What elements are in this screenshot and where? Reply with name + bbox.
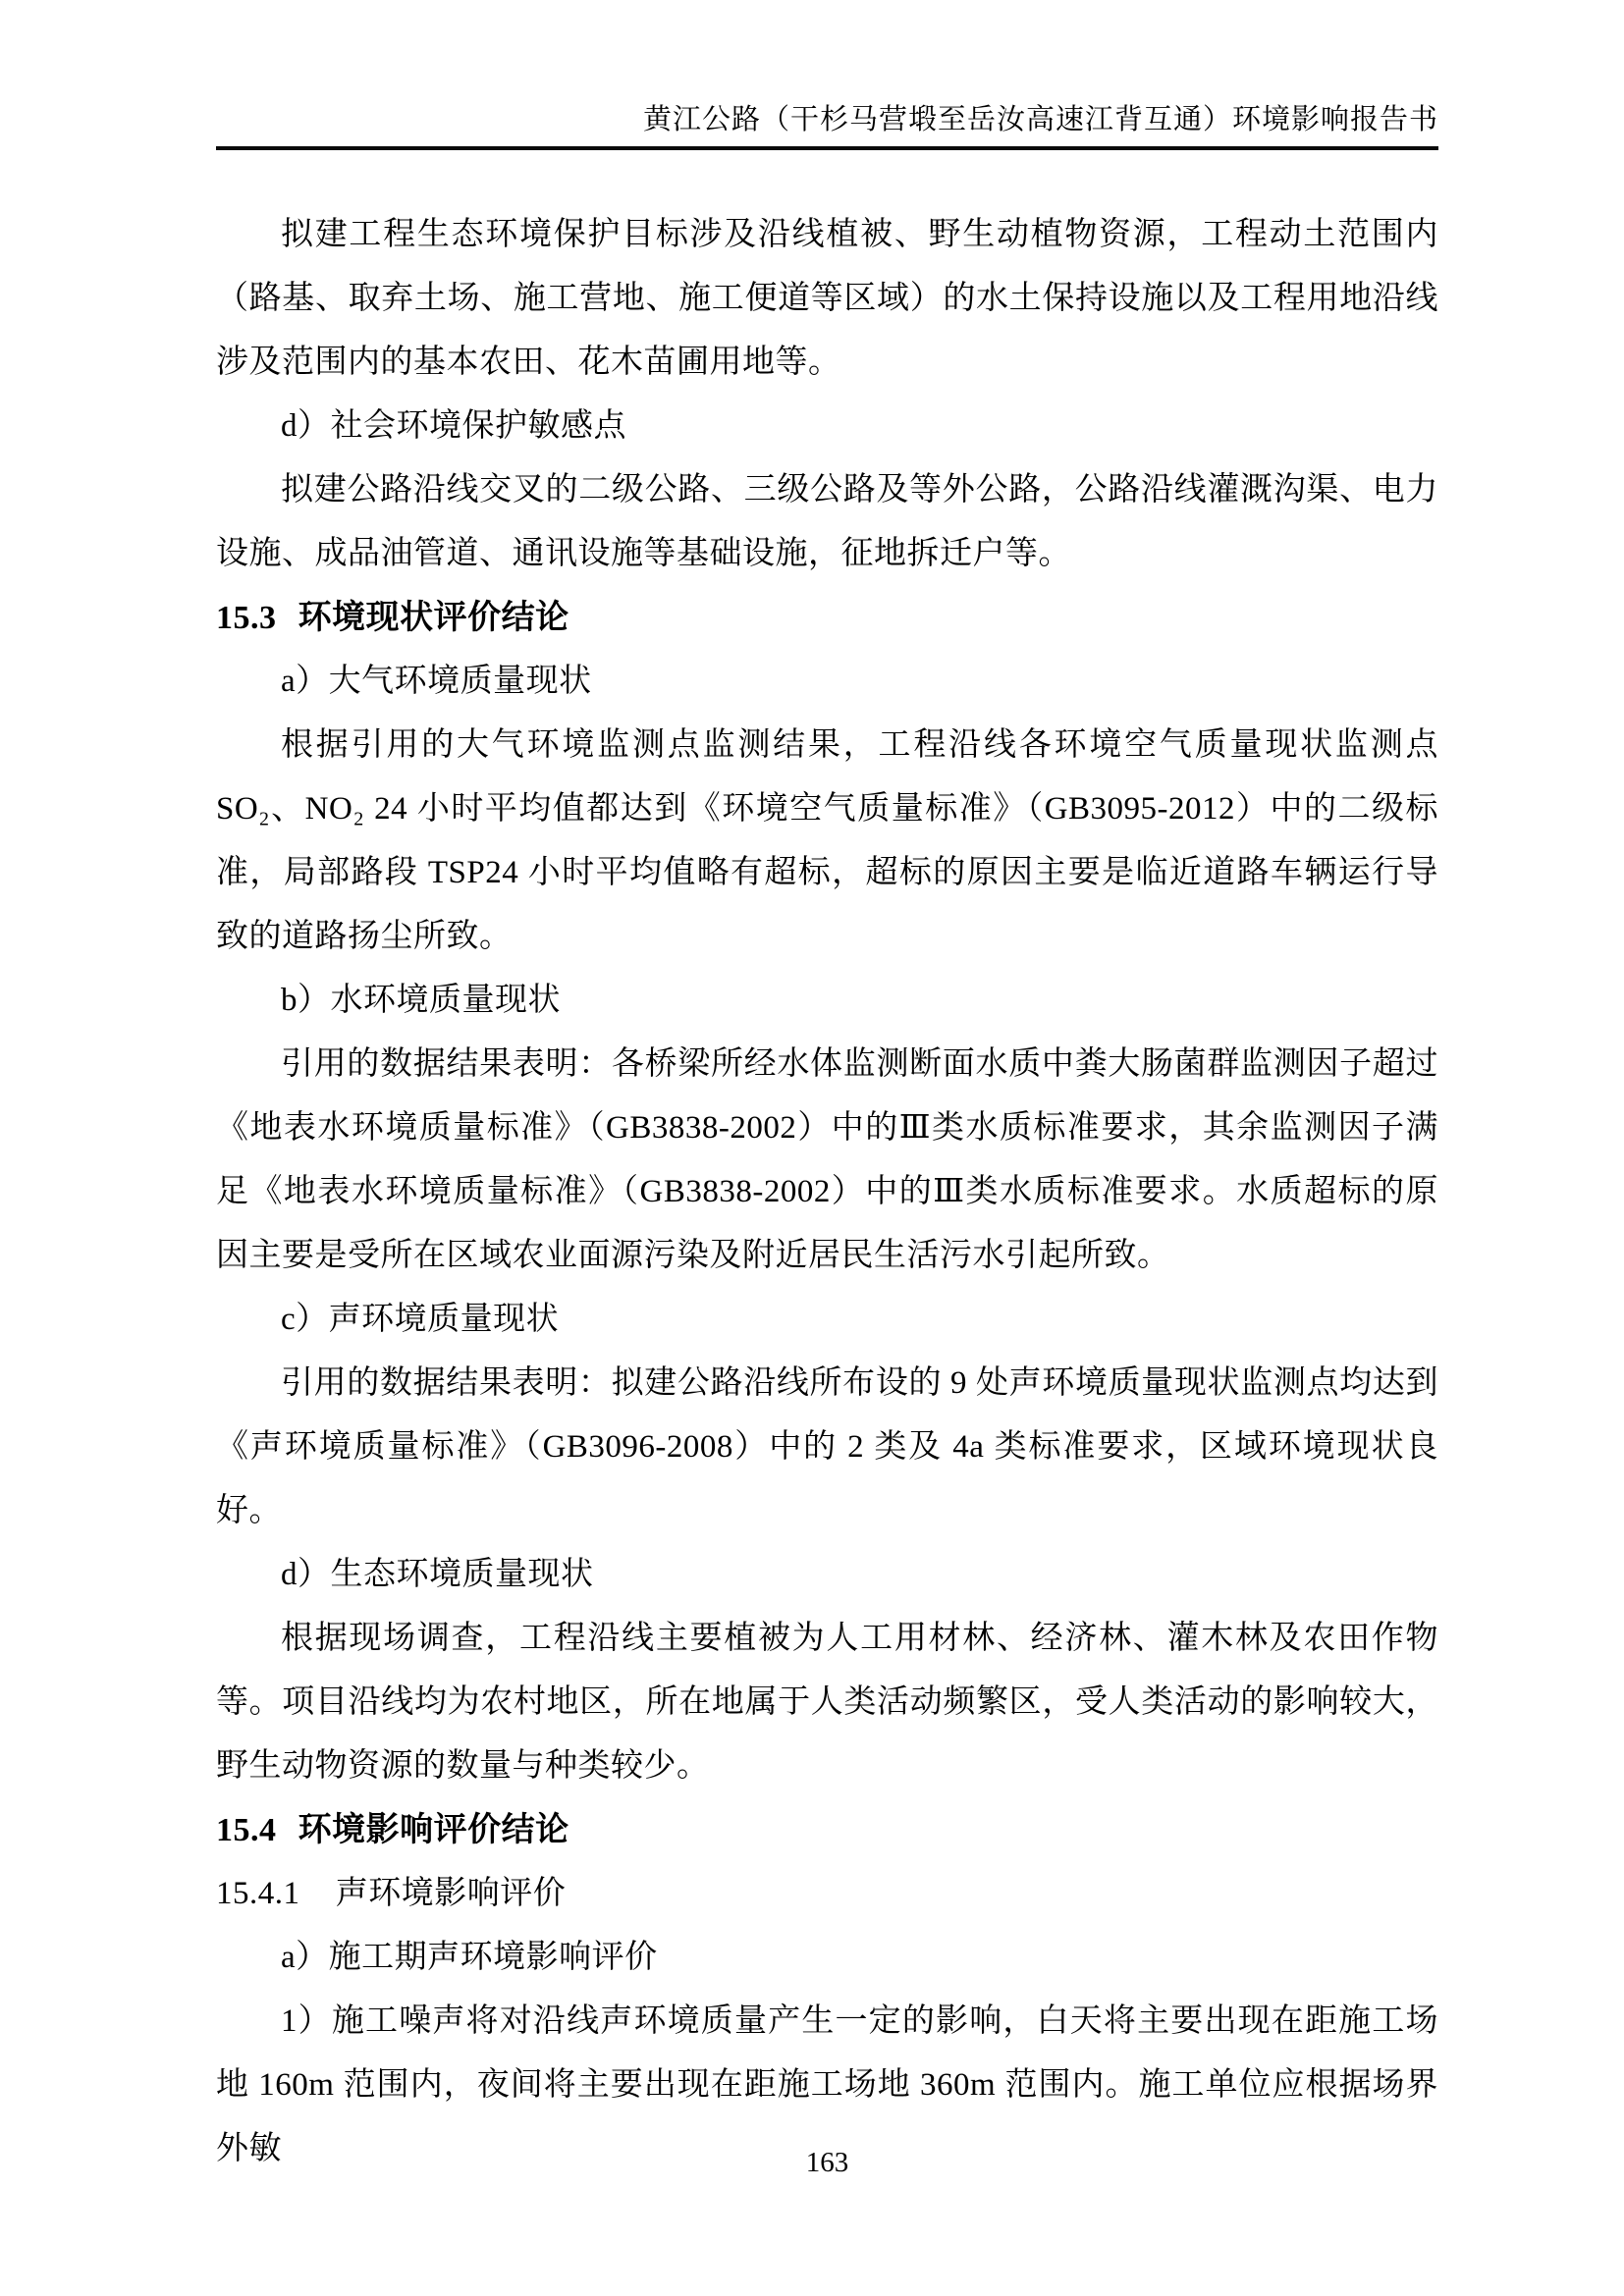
item-b-water-quality-status: b）水环境质量现状	[216, 969, 1438, 1033]
document-body: 拟建工程生态环境保护目标涉及沿线植被、野生动植物资源，工程动土范围内（路基、取弃…	[216, 203, 1438, 2181]
section-number: 15.4	[216, 1812, 277, 1848]
item-d-ecological-quality-status: d）生态环境质量现状	[216, 1543, 1438, 1607]
section-title: 声环境影响评价	[336, 1876, 567, 1911]
section-title: 环境现状评价结论	[298, 600, 569, 636]
section-heading-15-3: 15.3环境现状评价结论	[216, 586, 1438, 650]
section-title: 环境影响评价结论	[298, 1812, 569, 1848]
page-header: 黄江公路（干杉马营塅至岳汝高速江背互通）环境影响报告书	[216, 100, 1438, 150]
section-heading-15-4: 15.4环境影响评价结论	[216, 1798, 1438, 1862]
report-title: 黄江公路（干杉马营塅至岳汝高速江背互通）环境影响报告书	[643, 104, 1438, 135]
section-heading-15-4-1: 15.4.1声环境影响评价	[216, 1862, 1438, 1926]
item-a-construction-noise-assessment: a）施工期声环境影响评价	[216, 1926, 1438, 1990]
item-d-social-env-sensitive-points: d）社会环境保护敏感点	[216, 395, 1438, 458]
paragraph-acoustic-quality-details: 引用的数据结果表明：拟建公路沿线所布设的 9 处声环境质量现状监测点均达到《声环…	[216, 1352, 1438, 1543]
page-number: 163	[806, 2147, 849, 2178]
paragraph-ecology-targets: 拟建工程生态环境保护目标涉及沿线植被、野生动植物资源，工程动土范围内（路基、取弃…	[216, 203, 1438, 395]
paragraph-ecological-quality-details: 根据现场调查，工程沿线主要植被为人工用材林、经济林、灌木林及农田作物等。项目沿线…	[216, 1607, 1438, 1798]
section-number: 15.3	[216, 600, 277, 636]
paragraph-social-env-details: 拟建公路沿线交叉的二级公路、三级公路及等外公路，公路沿线灌溉沟渠、电力设施、成品…	[216, 458, 1438, 586]
item-a-air-quality-status: a）大气环境质量现状	[216, 650, 1438, 714]
paragraph-water-quality-details: 引用的数据结果表明：各桥梁所经水体监测断面水质中粪大肠菌群监测因子超过《地表水环…	[216, 1033, 1438, 1288]
item-c-acoustic-quality-status: c）声环境质量现状	[216, 1288, 1438, 1352]
paragraph-air-quality-details: 根据引用的大气环境监测点监测结果，工程沿线各环境空气质量现状监测点SO₂、NO₂…	[216, 714, 1438, 969]
section-number: 15.4.1	[216, 1876, 300, 1911]
document-page: 黄江公路（干杉马营塅至岳汝高速江背互通）环境影响报告书 拟建工程生态环境保护目标…	[0, 0, 1624, 2296]
page-footer: 163	[216, 2146, 1438, 2179]
